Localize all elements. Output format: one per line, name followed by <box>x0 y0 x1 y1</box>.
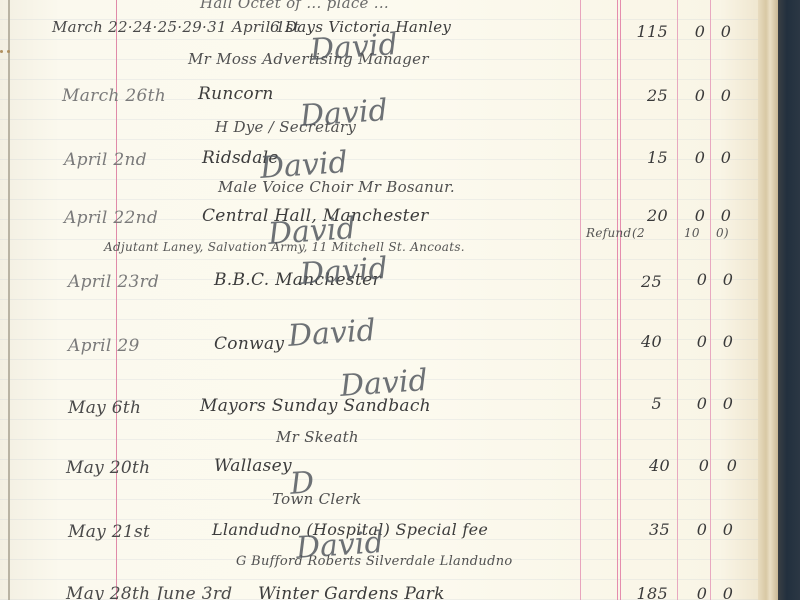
binding-stitch-marks <box>0 38 16 44</box>
entry-signature: David <box>295 525 385 566</box>
entry-pence: 0 <box>706 148 746 167</box>
entry-date: April 2nd <box>64 150 147 170</box>
entry-contact: Mr Skeath <box>276 428 359 446</box>
entry-pounds: 20 <box>618 206 668 225</box>
entry-place: Runcorn <box>198 84 274 104</box>
entry-signature: David <box>309 27 399 68</box>
entry-date: March 26th <box>62 86 166 106</box>
entry-pounds: 40 <box>612 332 662 351</box>
entry-pence: 0 <box>706 206 746 225</box>
entry-signature: David <box>299 251 389 292</box>
entry-place: Conway <box>214 334 284 354</box>
entry-pence: 0 <box>708 394 748 413</box>
entry-pounds: 185 <box>618 584 668 600</box>
entry-pounds: 25 <box>612 272 662 291</box>
entry-pence: 0 <box>708 332 748 351</box>
entry-date: May 28th June 3rd <box>66 584 232 600</box>
entry-pence: 0 <box>706 86 746 105</box>
entry-date: May 21st <box>68 522 150 542</box>
entry-pounds: 115 <box>618 22 668 41</box>
entry-pence: 0 <box>708 584 748 600</box>
entry-place: Winter Gardens Park <box>258 584 445 600</box>
book-binding <box>778 0 800 600</box>
entry-pence: 0 <box>708 520 748 539</box>
entry-date: April 23rd <box>68 272 159 292</box>
entry-date: April 22nd <box>64 208 158 228</box>
entry-signature: David <box>339 363 429 404</box>
column-rule-shillings <box>677 0 678 600</box>
entry-pence: 0 <box>706 22 746 41</box>
entry-signature: David <box>287 313 377 354</box>
entry-signature: David <box>259 145 349 186</box>
entry-date: May 6th <box>68 398 141 418</box>
entry-date: March 22·24·25·29·31 April 1st <box>52 18 300 36</box>
refund-shillings: 10 <box>684 226 700 240</box>
entry-pounds: 40 <box>620 456 670 475</box>
refund-label: Refund <box>586 226 632 240</box>
entry-pounds: 15 <box>618 148 668 167</box>
entry-pounds: 5 <box>612 394 662 413</box>
partial-top-line: Hall Octet of ... place ... <box>200 0 389 12</box>
entry-signature: D <box>289 465 315 502</box>
entry-date: April 29 <box>68 336 140 356</box>
entry-contact: Town Clerk <box>272 490 362 508</box>
ledger-page: Hall Octet of ... place ... March 22·24·… <box>0 0 800 600</box>
gutter-line <box>8 0 10 600</box>
entry-pence: 0 <box>712 456 752 475</box>
entry-place: Wallasey <box>214 456 292 476</box>
entry-pounds: 35 <box>620 520 670 539</box>
entry-pounds: 25 <box>618 86 668 105</box>
entry-date: May 20th <box>66 458 150 478</box>
entry-pence: 0 <box>708 270 748 289</box>
column-rule-details <box>580 0 581 600</box>
page-edge <box>758 0 778 600</box>
entry-signature: David <box>267 211 357 252</box>
refund-pence: 0) <box>716 226 729 240</box>
entry-signature: David <box>299 93 389 134</box>
refund-pounds: (2 <box>632 226 645 240</box>
